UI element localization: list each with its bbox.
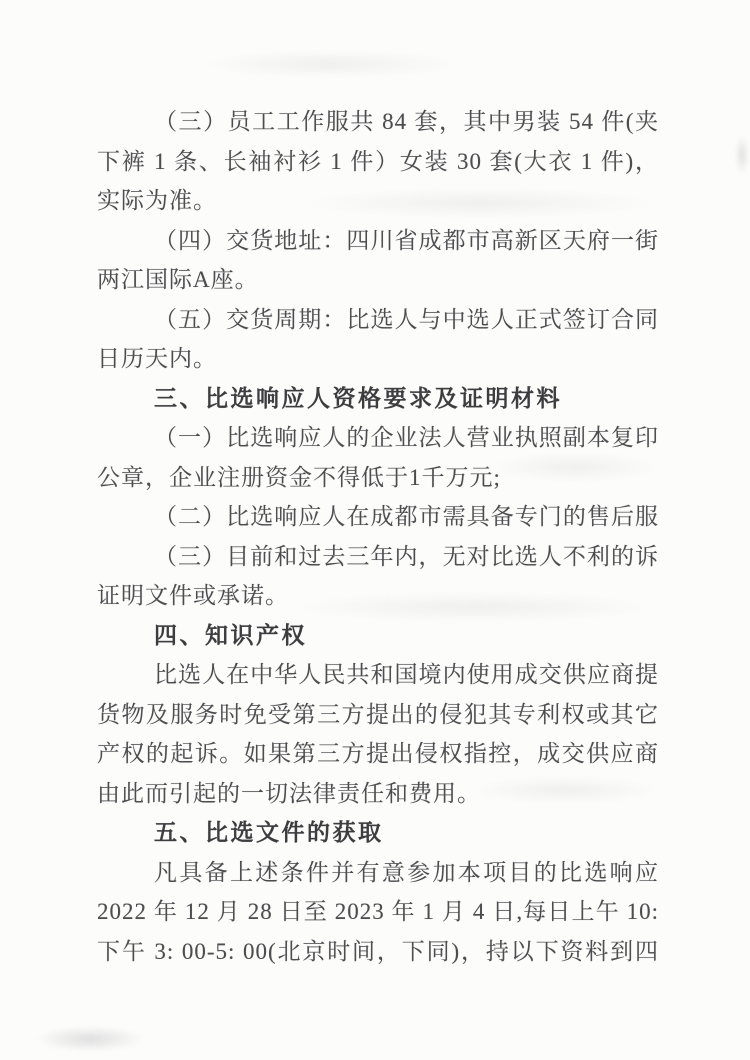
doc-line: 实际为准。 <box>97 181 659 221</box>
section-heading: 五、比选文件的获取 <box>97 813 659 853</box>
doc-line: 凡具备上述条件并有意参加本项目的比选响应人，请于 <box>97 853 659 893</box>
doc-line: 下午 3: 00-5: 00(北京时间，下同)，持以下资料到四川省成 <box>97 932 659 972</box>
doc-line: 比选人在中华人民共和国境内使用成交供应商提供的 <box>97 655 659 695</box>
section-heading: 四、知识产权 <box>97 616 659 656</box>
doc-line: （三）员工工作服共 84 套，其中男装 54 件(夹克 1 件、 <box>97 102 659 142</box>
scan-artifact <box>200 50 460 78</box>
doc-line: 证明文件或承诺。 <box>97 576 659 616</box>
doc-line: 两江国际A座。 <box>97 260 659 300</box>
document-body: （三）员工工作服共 84 套，其中男装 54 件(夹克 1 件、 下裤 1 条、… <box>97 102 659 971</box>
section-heading: 三、比选响应人资格要求及证明材料 <box>97 379 659 419</box>
scan-artifact <box>735 135 749 175</box>
doc-line: （三）目前和过去三年内，无对比选人不利的诉讼案的 <box>97 537 659 577</box>
doc-line: （二）比选响应人在成都市需具备专门的售后服务场所; <box>97 497 659 537</box>
doc-line: 货物及服务时免受第三方提出的侵犯其专利权或其它知识 <box>97 695 659 735</box>
doc-line: 产权的起诉。如果第三方提出侵权指控，成交供应商应承担 <box>97 734 659 774</box>
doc-line: 下裤 1 条、长袖衬衫 1 件）女装 30 套(大衣 1 件)，具体以 <box>97 142 659 182</box>
doc-line: 日历天内。 <box>97 339 659 379</box>
doc-line: （一）比选响应人的企业法人营业执照副本复印件加盖 <box>97 418 659 458</box>
doc-line: （五）交货周期：比选人与中选人正式签订合同后50个 <box>97 300 659 340</box>
doc-line: 公章，企业注册资金不得低于1千万元; <box>97 458 659 498</box>
doc-line: （四）交货地址：四川省成都市高新区天府一街535号 <box>97 221 659 261</box>
doc-line: 2022 年 12 月 28 日至 2023 年 1 月 4 日,每日上午 10… <box>97 892 659 932</box>
doc-line: 由此而引起的一切法律责任和费用。 <box>97 774 659 814</box>
document-page: （三）员工工作服共 84 套，其中男装 54 件(夹克 1 件、 下裤 1 条、… <box>0 0 750 1060</box>
scan-artifact <box>35 1026 145 1052</box>
